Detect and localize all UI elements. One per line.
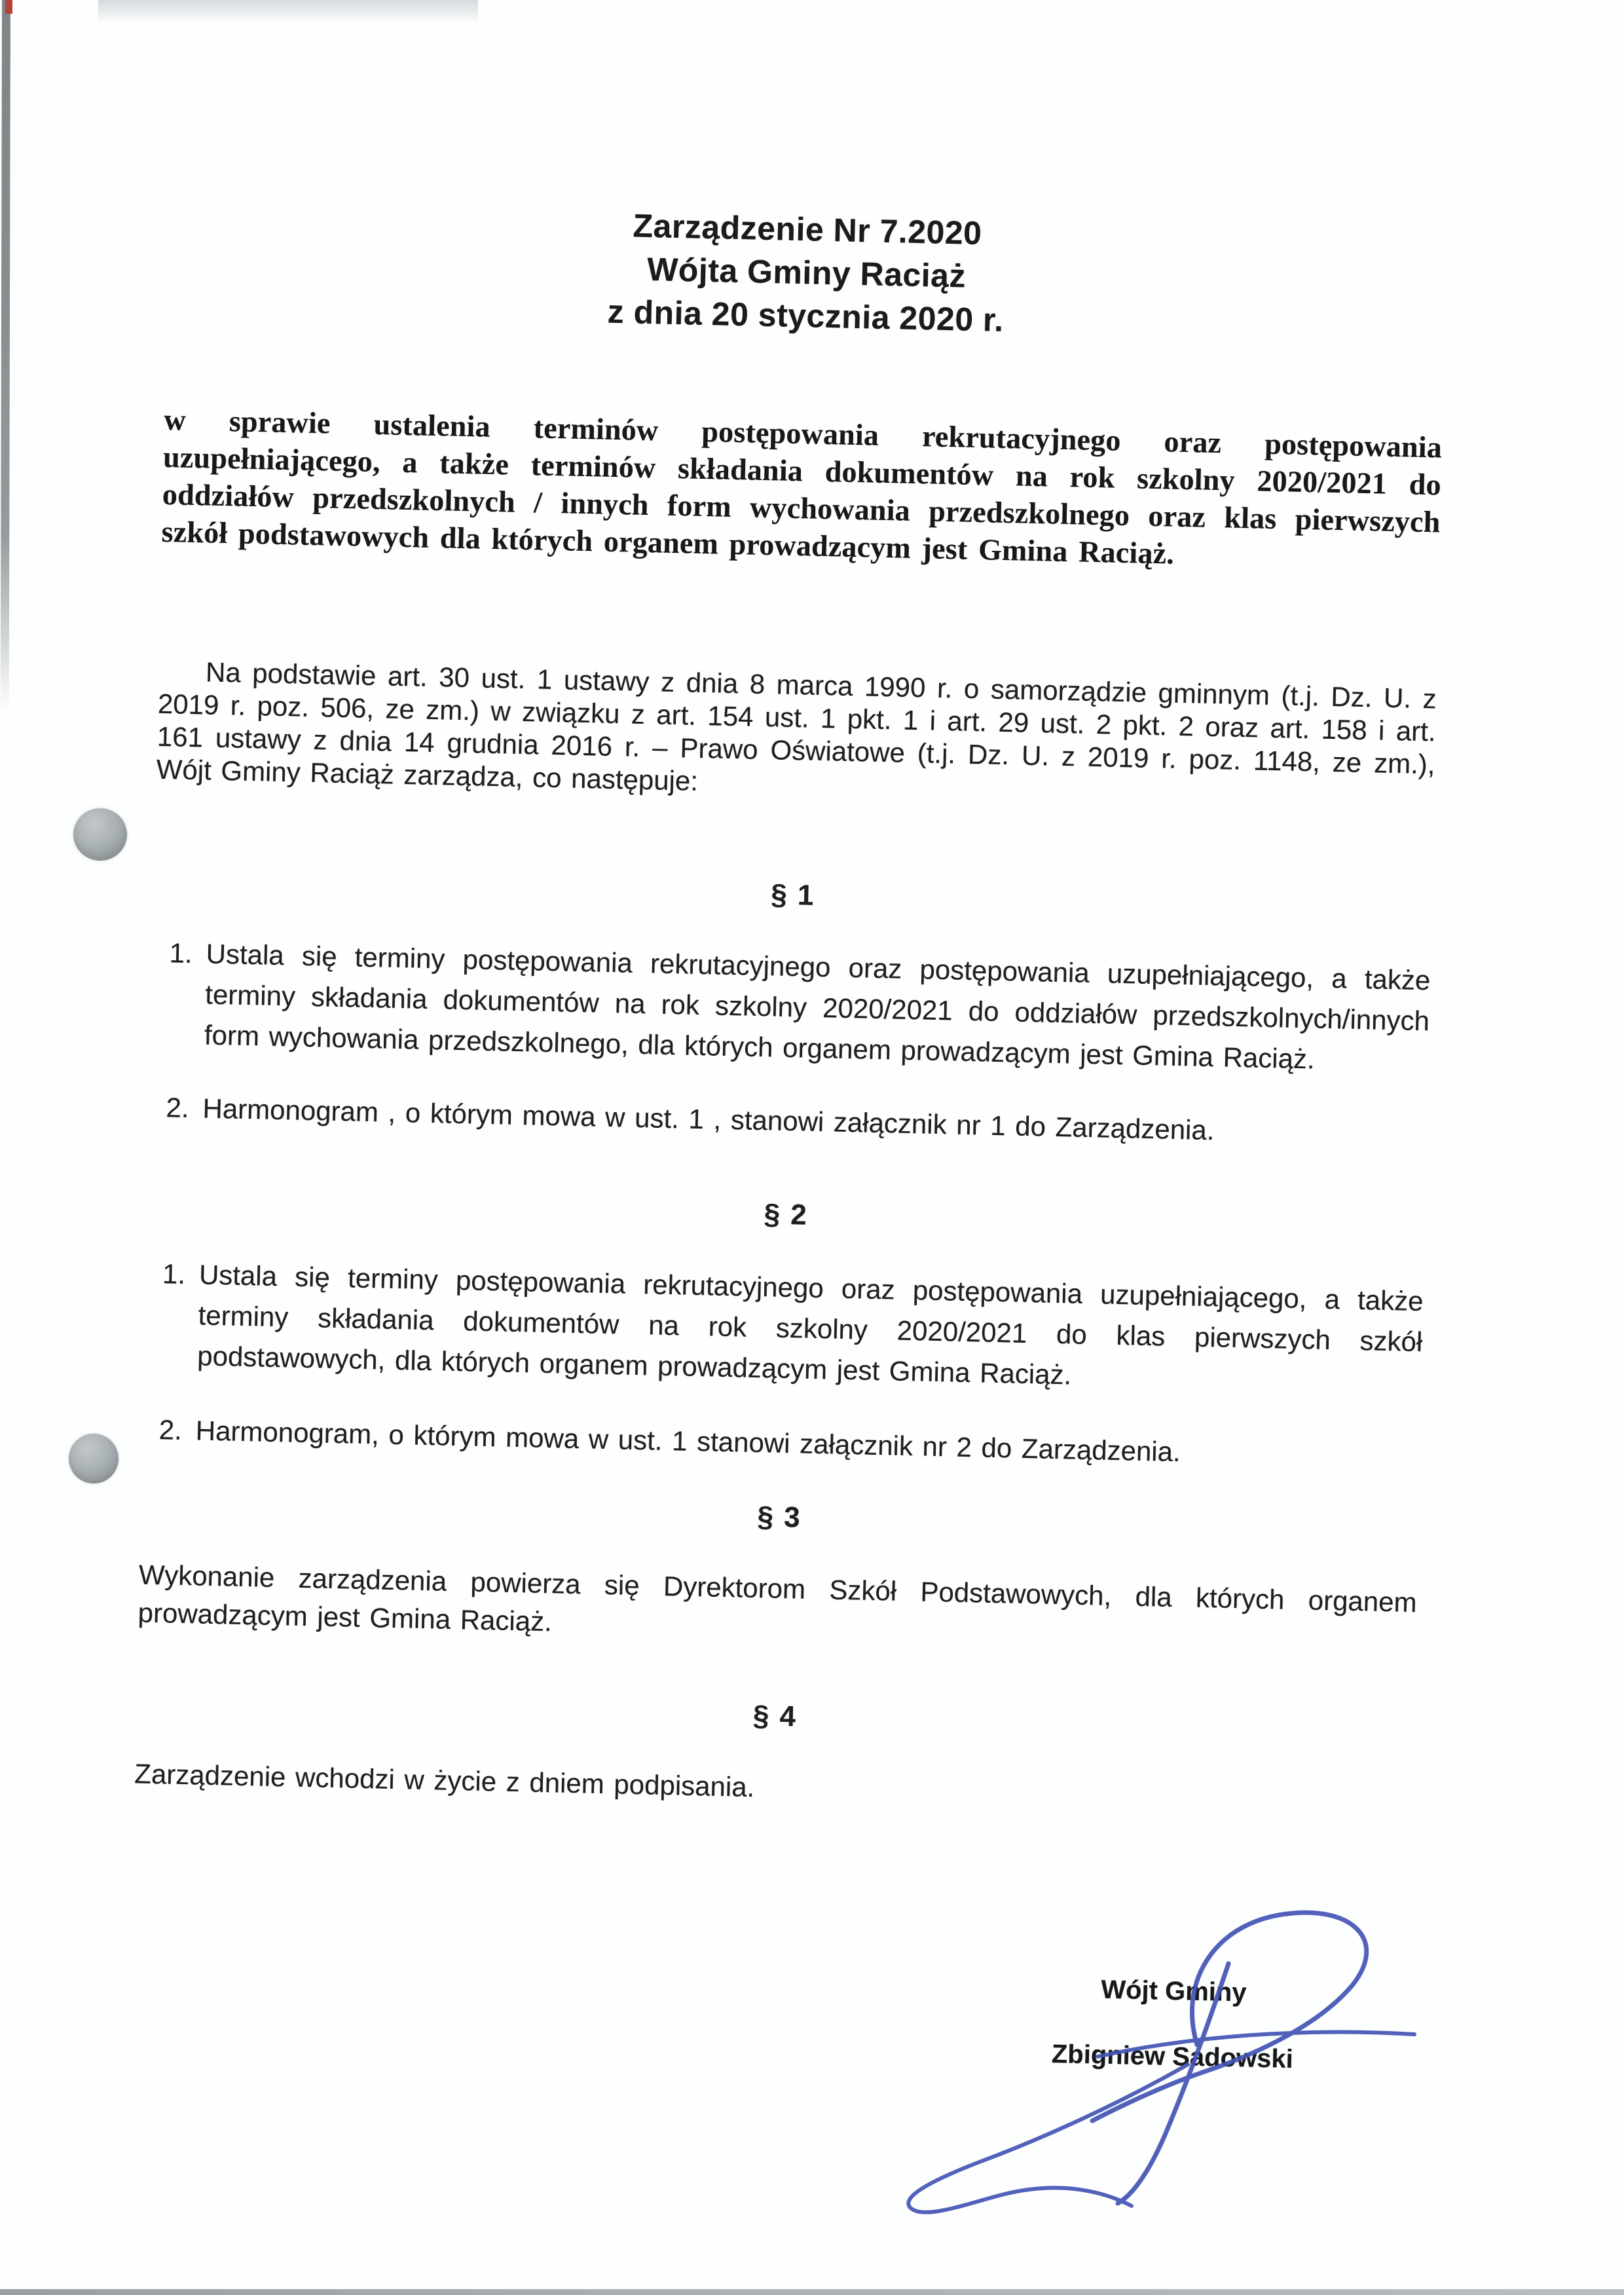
list-item-marker: 2. bbox=[166, 1087, 203, 1129]
list-item-text: Ustala się terminy postępowania rekrutac… bbox=[204, 934, 1431, 1083]
section-heading-4: § 4 bbox=[136, 1688, 1414, 1745]
list-item: 2. Harmonogram , o którym mowa w ust. 1 … bbox=[149, 1087, 1428, 1156]
scan-red-edge-mark bbox=[5, 0, 12, 14]
list-item-marker: 1. bbox=[162, 1254, 199, 1295]
scan-bottom-edge-artifact bbox=[0, 2289, 1624, 2295]
list-item-text: Ustala się terminy postępowania rekrutac… bbox=[197, 1254, 1424, 1403]
list-item-text: Harmonogram , o którym mowa w ust. 1 , s… bbox=[202, 1088, 1428, 1155]
subject-paragraph: w sprawie ustalenia terminów postępowani… bbox=[161, 401, 1443, 578]
scan-left-edge-artifact bbox=[1, 0, 10, 711]
hole-punch-bottom bbox=[69, 1434, 119, 1483]
list-item-marker: 1. bbox=[169, 933, 206, 974]
legal-basis-paragraph: Na podstawie art. 30 ust. 1 ustawy z dni… bbox=[156, 655, 1437, 814]
document-title: Zarządzenie Nr 7.2020 Wójta Gminy Raciąż… bbox=[166, 194, 1447, 352]
section-heading-2: § 2 bbox=[147, 1187, 1425, 1244]
section-4-paragraph: Zarządzenie wchodzi w życie z dniem podp… bbox=[134, 1755, 1413, 1821]
section-heading-1: § 1 bbox=[154, 867, 1432, 924]
signatory-name: Zbigniew Sadowski bbox=[1008, 2038, 1337, 2076]
scan-top-shadow bbox=[98, 0, 478, 24]
document-content: Zarządzenie Nr 7.2020 Wójta Gminy Raciąż… bbox=[134, 194, 1447, 1848]
list-item: 1. Ustala się terminy postępowania rekru… bbox=[143, 1254, 1424, 1404]
list-item: 1. Ustala się terminy postępowania rekru… bbox=[150, 933, 1431, 1083]
signatory-role: Wójt Gminy bbox=[1010, 1972, 1338, 2011]
list-item: 2. Harmonogram, o którym mowa w ust. 1 s… bbox=[141, 1409, 1420, 1478]
section-3-paragraph: Wykonanie zarządzenia powierza się Dyrek… bbox=[138, 1556, 1417, 1660]
signature-block: Wójt Gminy Zbigniew Sadowski bbox=[1008, 1972, 1338, 2076]
list-item-text: Harmonogram, o którym mowa w ust. 1 stan… bbox=[195, 1410, 1420, 1478]
section-heading-3: § 3 bbox=[140, 1489, 1418, 1546]
hole-punch-top bbox=[73, 808, 127, 861]
list-item-marker: 2. bbox=[158, 1409, 196, 1451]
scanned-document-page: Zarządzenie Nr 7.2020 Wójta Gminy Raciąż… bbox=[0, 0, 1624, 2295]
